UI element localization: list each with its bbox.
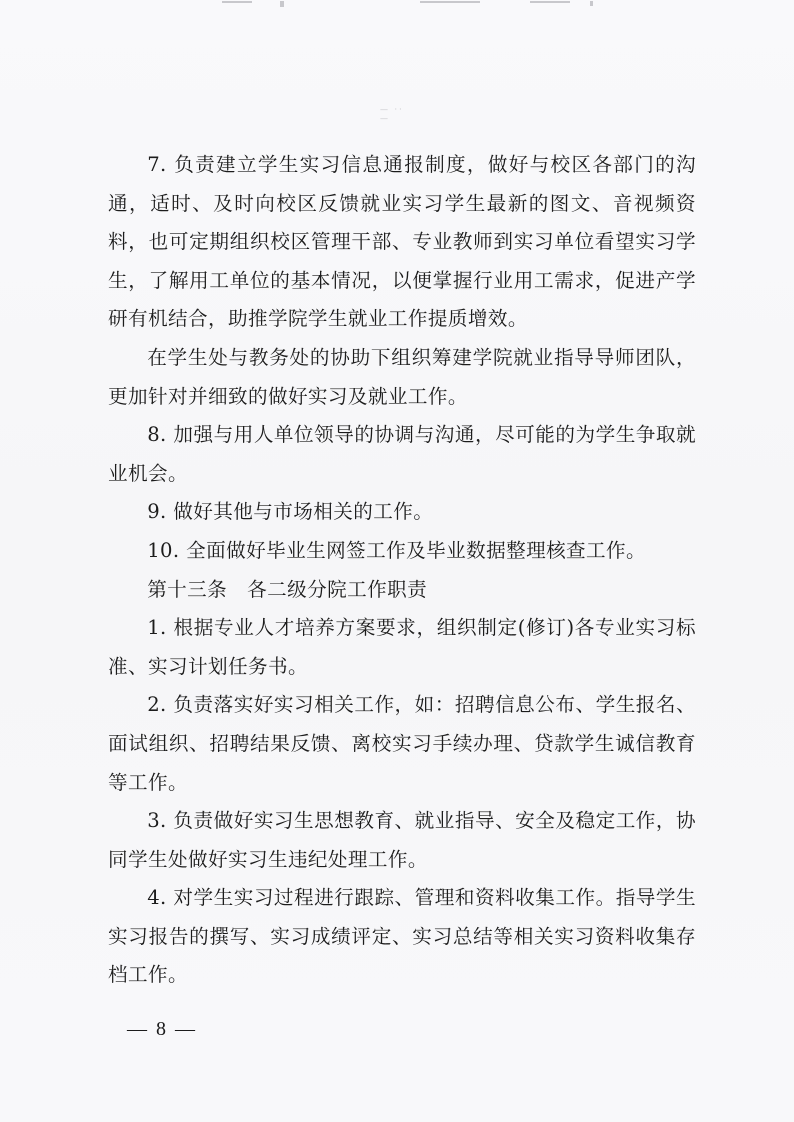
paragraph-item-8: 8. 加强与用人单位领导的协调与沟通，尽可能的为学生争取就业机会。 [108,416,696,493]
paragraph-item-7-supplement: 在学生处与教务处的协助下组织筹建学院就业指导导师团队，更加针对并细致的做好实习及… [108,339,696,416]
paragraph-article-13-item-2: 2. 负责落实好实习相关工作，如：招聘信息公布、学生报名、面试组织、招聘结果反馈… [108,686,696,802]
document-page: — ·· — 7. 负责建立学生实习信息通报制度，做好与校区各部门的沟通，适时、… [0,0,794,1122]
paragraph-item-10: 10. 全面做好毕业生网签工作及毕业数据整理核查工作。 [108,532,696,571]
article-13-heading: 第十三条 各二级分院工作职责 [108,571,696,610]
document-body: 7. 负责建立学生实习信息通报制度，做好与校区各部门的沟通，适时、及时向校区反馈… [108,146,696,995]
paragraph-article-13-item-3: 3. 负责做好实习生思想教育、就业指导、安全及稳定工作，协同学生处做好实习生违纪… [108,802,696,879]
header-scan-mark: — ·· — [380,105,416,113]
paragraph-item-9: 9. 做好其他与市场相关的工作。 [108,493,696,532]
paragraph-item-7: 7. 负责建立学生实习信息通报制度，做好与校区各部门的沟通，适时、及时向校区反馈… [108,146,696,339]
paragraph-article-13-item-4: 4. 对学生实习过程进行跟踪、管理和资料收集工作。指导学生实习报告的撰写、实习成… [108,879,696,995]
paragraph-article-13-item-1: 1. 根据专业人才培养方案要求，组织制定(修订)各专业实习标准、实习计划任务书。 [108,609,696,686]
page-number: — 8 — [127,1018,197,1041]
scan-edge-artifacts [200,0,600,6]
